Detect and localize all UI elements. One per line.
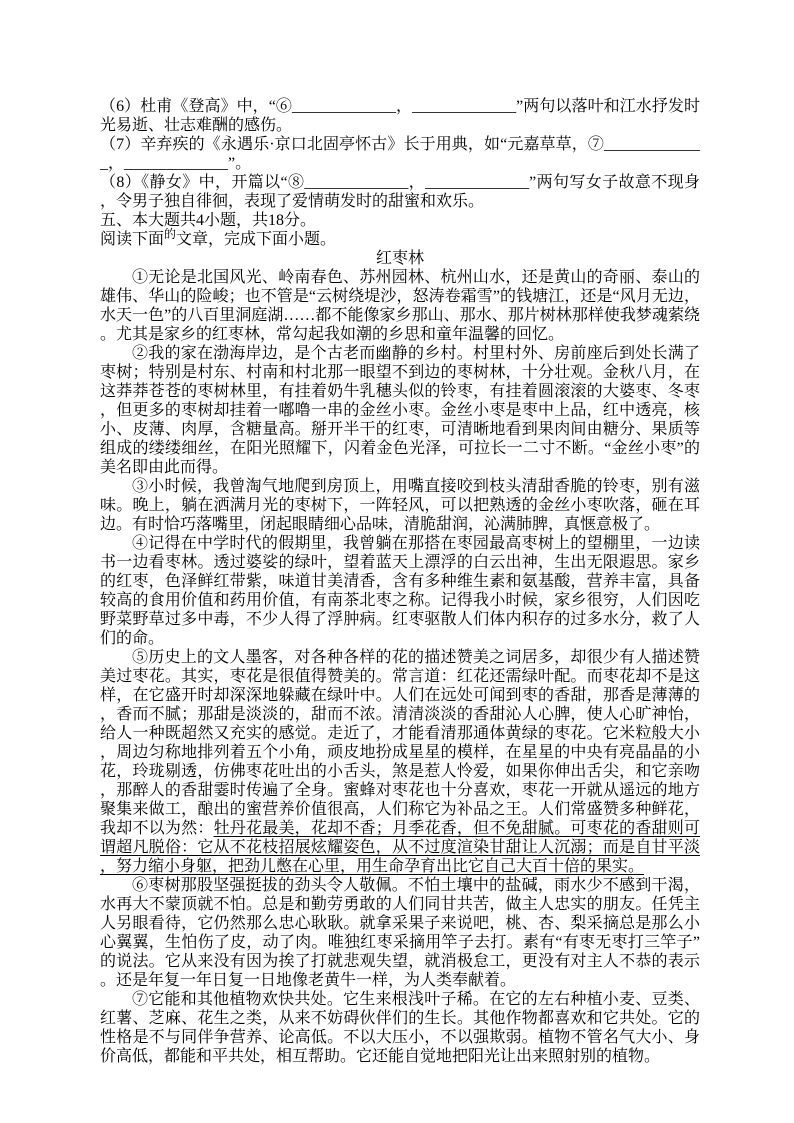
exam-item-7: （7）辛弃疾的《永遇乐·京口北固亭怀古》长于用典，如“元嘉草草，⑦_______…	[100, 135, 700, 173]
article-paragraph-1: ①无论是北国风光、岭南春色、苏州园林、杭州山水，还是黄山的奇丽、泰山的雄伟、华山…	[100, 268, 700, 344]
document-content: （6）杜甫《登高》中，“⑥_____________，_____________…	[100, 0, 700, 1066]
article-paragraph-2: ②我的家在渤海岸边，是个古老而幽静的乡村。村里村外、房前座后到处长满了枣树；特别…	[100, 344, 700, 477]
section-heading: 五、本大题共4小题，共18分。	[100, 211, 700, 230]
article-paragraph-4: ④记得在中学时代的假期里，我曾躺在那搭在枣园最高枣树上的望棚里，一边读书一边看枣…	[100, 534, 700, 648]
exam-item-6: （6）杜甫《登高》中，“⑥_____________，_____________…	[100, 97, 700, 135]
document-page: （6）杜甫《登高》中，“⑥_____________，_____________…	[0, 0, 794, 1123]
article-paragraph-3: ③小时候，我曾淘气地爬到房顶上，用嘴直接咬到枝头清甜香脆的铃枣，别有滋味。晚上，…	[100, 477, 700, 534]
reading-instruction-superscript: 的	[164, 227, 176, 241]
article-paragraph-7: ⑦它能和其他植物欢快共处。它生来根浅叶子稀。在它的左右种植小麦、豆类、红薯、芝麻…	[100, 990, 700, 1066]
reading-instruction-suffix: 文章，完成下面小题。	[176, 231, 336, 248]
article-paragraph-5: ⑤历史上的文人墨客，对各种各样的花的描述赞美之词居多，却很少有人描述赞美过枣花。…	[100, 648, 700, 876]
article-paragraph-6: ⑥枣树那股坚强挺拔的劲头令人敬佩。不怕土壤中的盐碱，雨水少不感到干渴，水再大不蒙…	[100, 876, 700, 990]
reading-instruction: 阅读下面的文章，完成下面小题。	[100, 230, 700, 249]
reading-instruction-prefix: 阅读下面	[100, 231, 164, 248]
article-title: 红枣林	[100, 249, 700, 268]
article-paragraph-5-text: ⑤历史上的文人墨客，对各种各样的花的描述赞美之词居多，却很少有人描述赞美过枣花。…	[100, 649, 700, 837]
exam-item-8: （8）《静女》中，开篇以“⑧_____________，____________…	[100, 173, 700, 211]
